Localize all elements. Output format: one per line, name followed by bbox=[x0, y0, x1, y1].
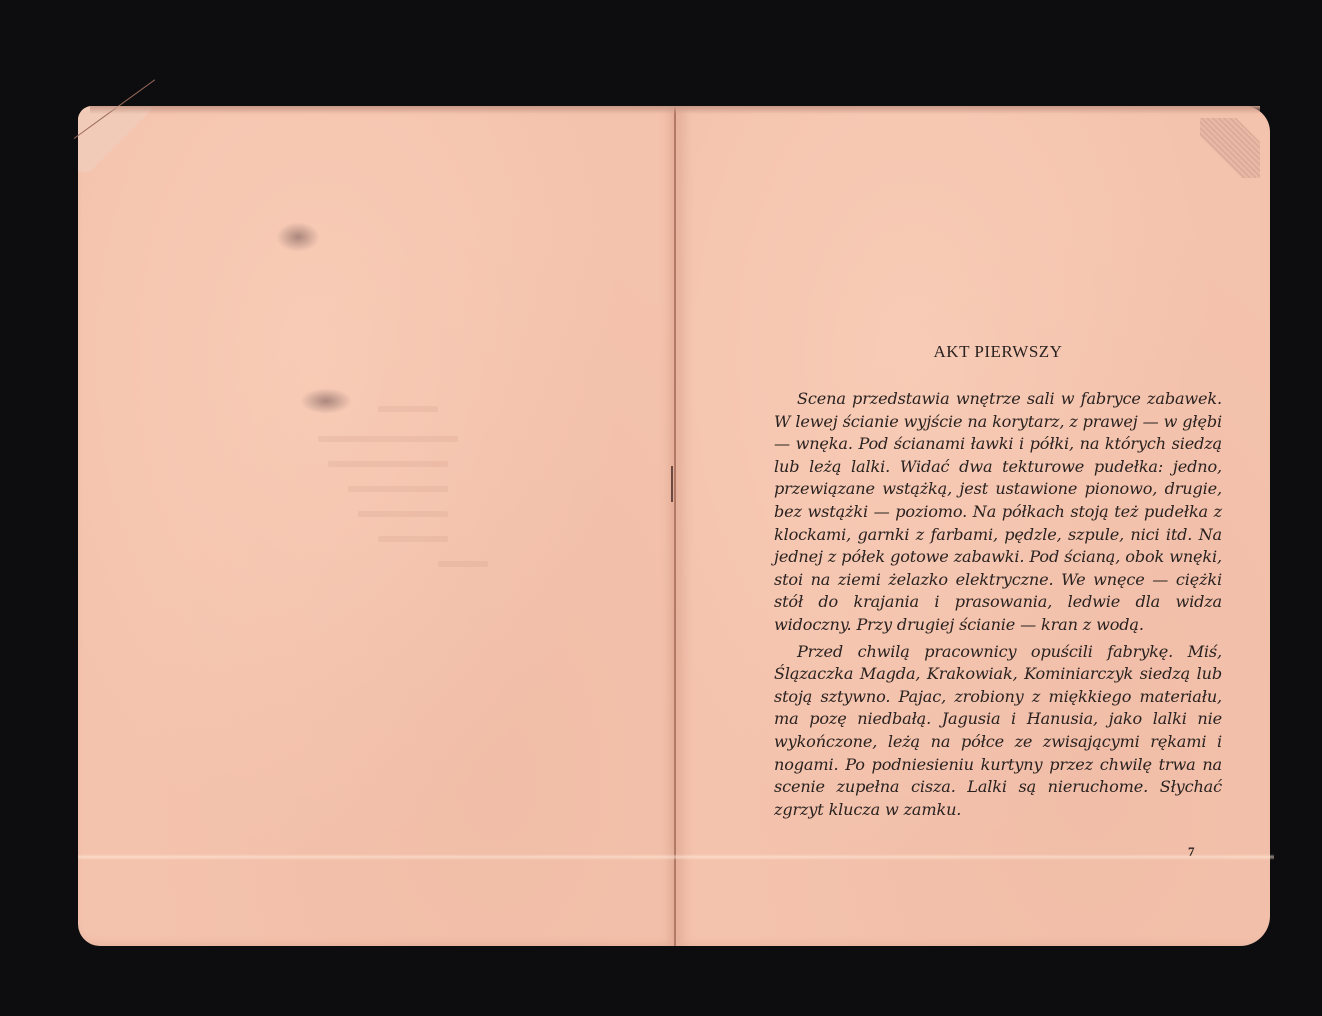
horizontal-crease bbox=[78, 854, 1274, 860]
book-spread: AKT PIERWSZY Scena przedstawia wnętrze s… bbox=[78, 106, 1284, 948]
bleed-through-text bbox=[378, 406, 438, 412]
smudge-mark bbox=[300, 388, 352, 414]
folded-corner-left bbox=[78, 106, 166, 172]
bleed-through-text bbox=[378, 536, 448, 542]
bleed-through-text bbox=[328, 461, 448, 467]
right-page: AKT PIERWSZY Scena przedstawia wnętrze s… bbox=[676, 106, 1270, 946]
smudge-mark bbox=[276, 222, 320, 252]
stage-direction-paragraph: Przed chwilą pracownicy opuścili fabrykę… bbox=[774, 641, 1222, 822]
chapter-heading: AKT PIERWSZY bbox=[774, 342, 1222, 362]
bleed-through-text bbox=[438, 561, 488, 567]
chapter-text: AKT PIERWSZY Scena przedstawia wnętrze s… bbox=[774, 342, 1222, 825]
stage-direction-paragraph: Scena przedstawia wnętrze sali w fabryce… bbox=[774, 388, 1222, 637]
book-gutter bbox=[674, 106, 676, 946]
bleed-through-text bbox=[318, 436, 458, 442]
spine-thread bbox=[671, 466, 673, 502]
worn-corner-right bbox=[1200, 118, 1260, 178]
left-page bbox=[78, 106, 676, 946]
bleed-through-text bbox=[348, 486, 448, 492]
page-top-edge bbox=[90, 106, 1260, 114]
bleed-through-text bbox=[358, 511, 448, 517]
